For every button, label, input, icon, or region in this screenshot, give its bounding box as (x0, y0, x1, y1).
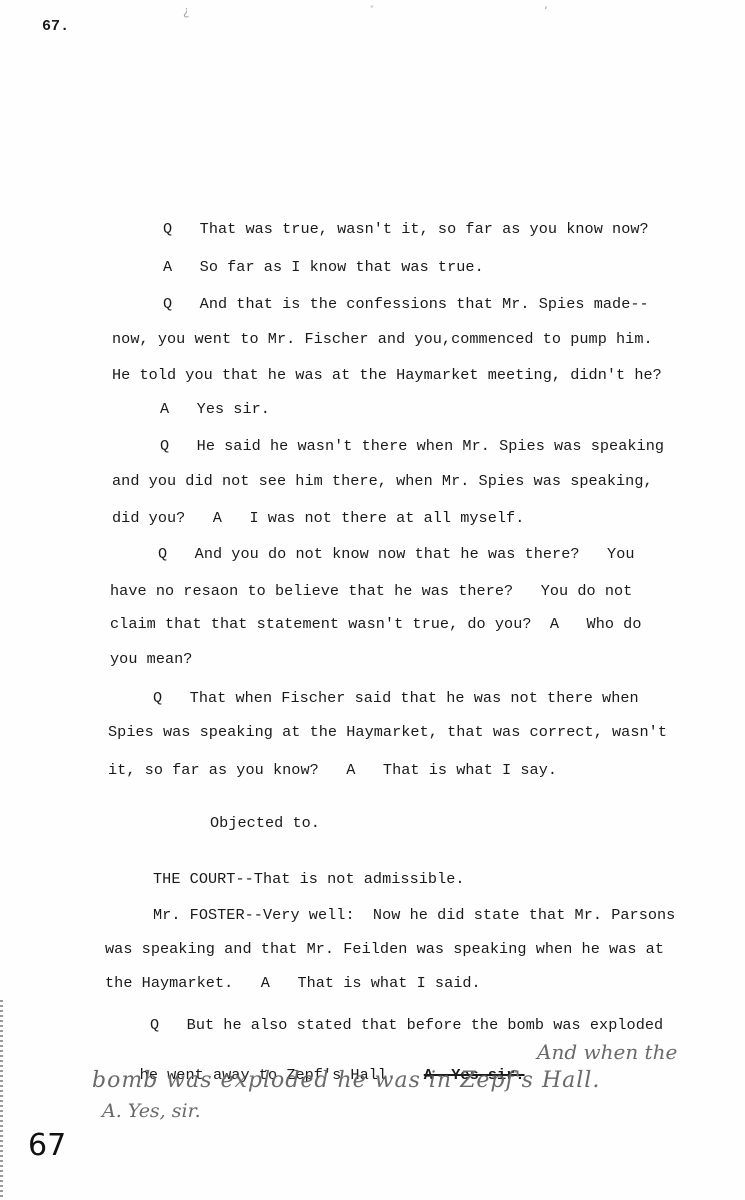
document-page: ¿ ﾞ ʻ 67. Q That was true, wasn't it, so… (0, 0, 745, 1200)
court-ruling-line: THE COURT--That is not admissible. (153, 870, 465, 888)
page-number: 67. (42, 18, 69, 35)
transcript-line: Q And you do not know now that he was th… (158, 545, 635, 563)
transcript-line: and you did not see him there, when Mr. … (112, 472, 653, 490)
transcript-line: He told you that he was at the Haymarket… (112, 366, 662, 384)
transcript-line: it, so far as you know? A That is what I… (108, 761, 557, 779)
handwritten-insert-2: bomb was exploded he was in Zepf's Hall. (92, 1068, 600, 1093)
handwritten-insert-3: A. Yes, sir. (102, 1100, 201, 1122)
transcript-line: now, you went to Mr. Fischer and you,com… (112, 330, 653, 348)
transcript-line: Spies was speaking at the Haymarket, tha… (108, 723, 667, 741)
handwritten-page-number: 67 (28, 1128, 66, 1163)
transcript-line: A Yes sir. (160, 400, 270, 418)
transcript-line: the Haymarket. A That is what I said. (105, 974, 481, 992)
handwritten-insert-1: And when the (537, 1040, 677, 1064)
transcript-line: was speaking and that Mr. Feilden was sp… (105, 940, 664, 958)
transcript-line: have no resaon to believe that he was th… (110, 582, 632, 600)
transcript-line: A So far as I know that was true. (163, 258, 484, 276)
transcript-line: Q He said he wasn't there when Mr. Spies… (160, 437, 664, 455)
scan-mark: ʻ (544, 4, 548, 18)
transcript-line: Q But he also stated that before the bom… (150, 1016, 663, 1034)
transcript-line: Q That when Fischer said that he was not… (153, 689, 639, 707)
scan-mark: ¿ (183, 4, 189, 18)
transcript-line: Q That was true, wasn't it, so far as yo… (163, 220, 649, 238)
transcript-line: Q And that is the confessions that Mr. S… (163, 295, 649, 313)
transcript-line: you mean? (110, 650, 192, 668)
scan-edge-artifact (0, 1000, 3, 1200)
transcript-line: claim that that statement wasn't true, d… (110, 615, 642, 633)
objection-line: Objected to. (210, 814, 320, 832)
transcript-line: Mr. FOSTER--Very well: Now he did state … (153, 906, 675, 924)
transcript-line: did you? A I was not there at all myself… (112, 509, 524, 527)
scan-mark: ﾞ (370, 2, 376, 19)
